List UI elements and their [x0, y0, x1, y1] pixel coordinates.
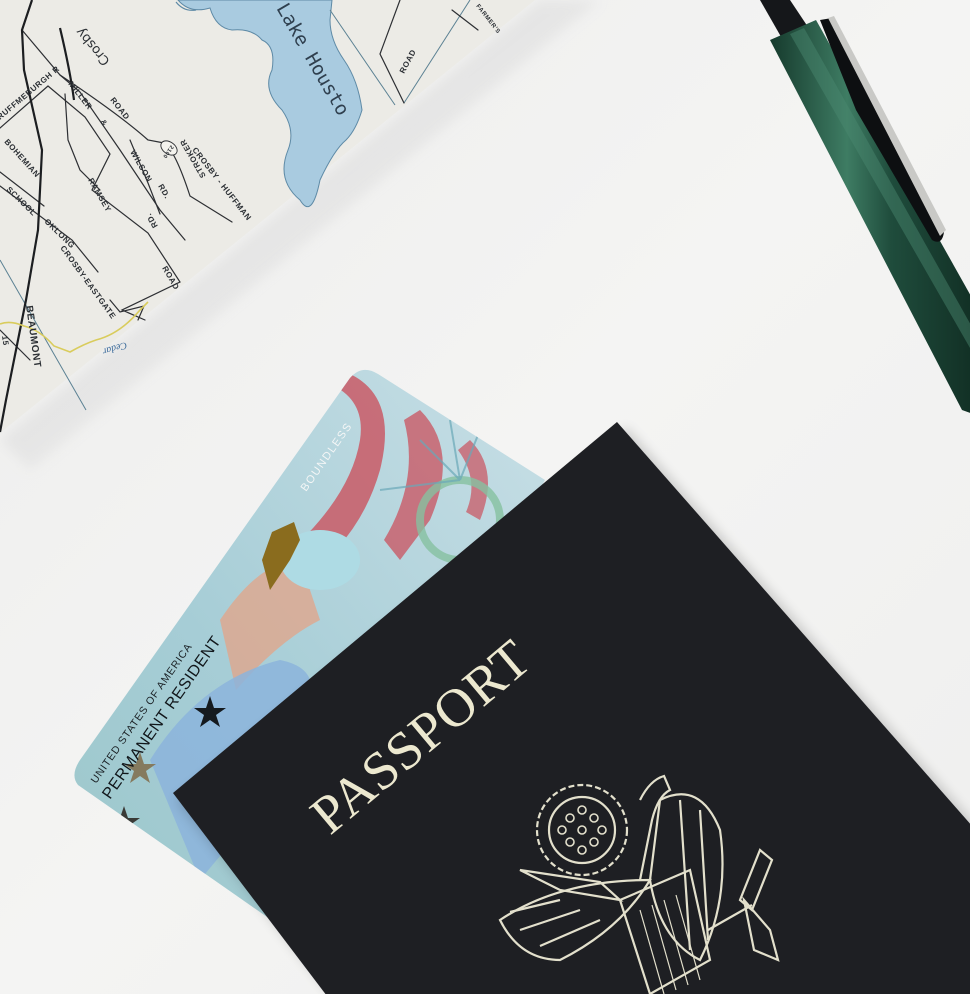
map-label-highway: 15: [0, 335, 10, 346]
photo-scene: 2100 Crosby Lake Housto Cedar MILLER ROA…: [0, 0, 970, 994]
